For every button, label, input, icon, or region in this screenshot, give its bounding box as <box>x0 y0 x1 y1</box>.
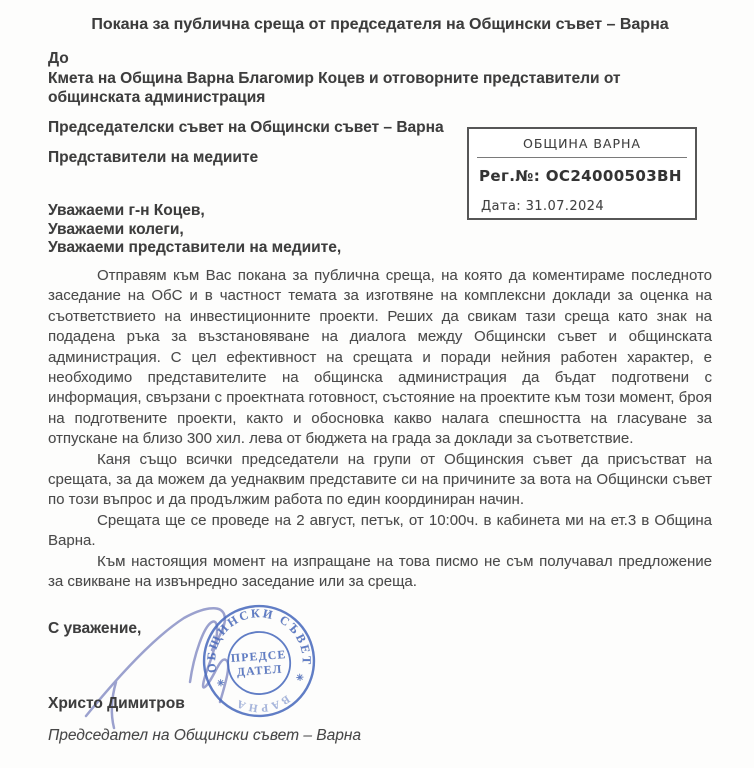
salutation-mayor: Уважаеми г-н Коцев, <box>48 202 341 221</box>
registration-date-line: Дата: 31.07.2024 <box>481 199 604 214</box>
registration-number-value: ОС24000503ВН <box>546 167 682 185</box>
registration-org-name: ОБЩИНА ВАРНА <box>477 136 687 158</box>
addressee-to-label: До <box>48 49 688 69</box>
registration-date-value: 31.07.2024 <box>526 199 604 214</box>
body-paragraph-4: Към настоящия момент на изпращане на тов… <box>48 552 712 593</box>
signatory-position: Председател на Общински съвет – Варна <box>48 727 361 745</box>
salutation-colleagues: Уважаеми колеги, <box>48 221 341 240</box>
salutation-media: Уважаеми представители на медиите, <box>48 239 341 258</box>
letter-body: Отправям към Вас покана за публична срещ… <box>48 266 712 593</box>
body-paragraph-1: Отправям към Вас покана за публична срещ… <box>48 266 712 450</box>
registration-number-line: Рег.№: ОС24000503ВН <box>479 167 695 185</box>
letter-title: Покана за публична среща от председателя… <box>48 16 712 34</box>
registration-date-label: Дата: <box>481 199 521 214</box>
body-paragraph-3: Срещата ще се проведе на 2 август, петък… <box>48 511 712 552</box>
registration-number-label: Рег.№: <box>479 167 540 185</box>
registration-stamp-box: ОБЩИНА ВАРНА Рег.№: ОС24000503ВН Дата: 3… <box>467 127 697 220</box>
stamp-star-left-icon: ✳ <box>217 678 226 689</box>
letter-page: Покана за публична среща от председателя… <box>0 0 754 768</box>
salutation-block: Уважаеми г-н Коцев, Уважаеми колеги, Ува… <box>48 202 341 258</box>
addressee-mayor-line2: общинската администрация <box>48 88 688 108</box>
addressee-mayor-line: Кмета на Община Варна Благомир Коцев и о… <box>48 69 688 89</box>
body-paragraph-2: Каня също всички председатели на групи о… <box>48 450 712 511</box>
stamp-star-right-icon: ✳ <box>296 672 305 683</box>
signatory-name: Христо Димитров <box>48 695 185 713</box>
stamp-center-text-line2: ДАТЕЛ <box>236 663 282 679</box>
svg-text:ОБЩИНСКИ СЪВЕТ: ОБЩИНСКИ СЪВЕТ <box>200 602 314 674</box>
stamp-arc-text-top: ОБЩИНСКИ СЪВЕТ <box>200 602 314 674</box>
round-council-stamp: ОБЩИНСКИ СЪВЕТ ВАРНА ✳ ✳ ПРЕДСЕ ДАТЕЛ <box>196 598 322 724</box>
